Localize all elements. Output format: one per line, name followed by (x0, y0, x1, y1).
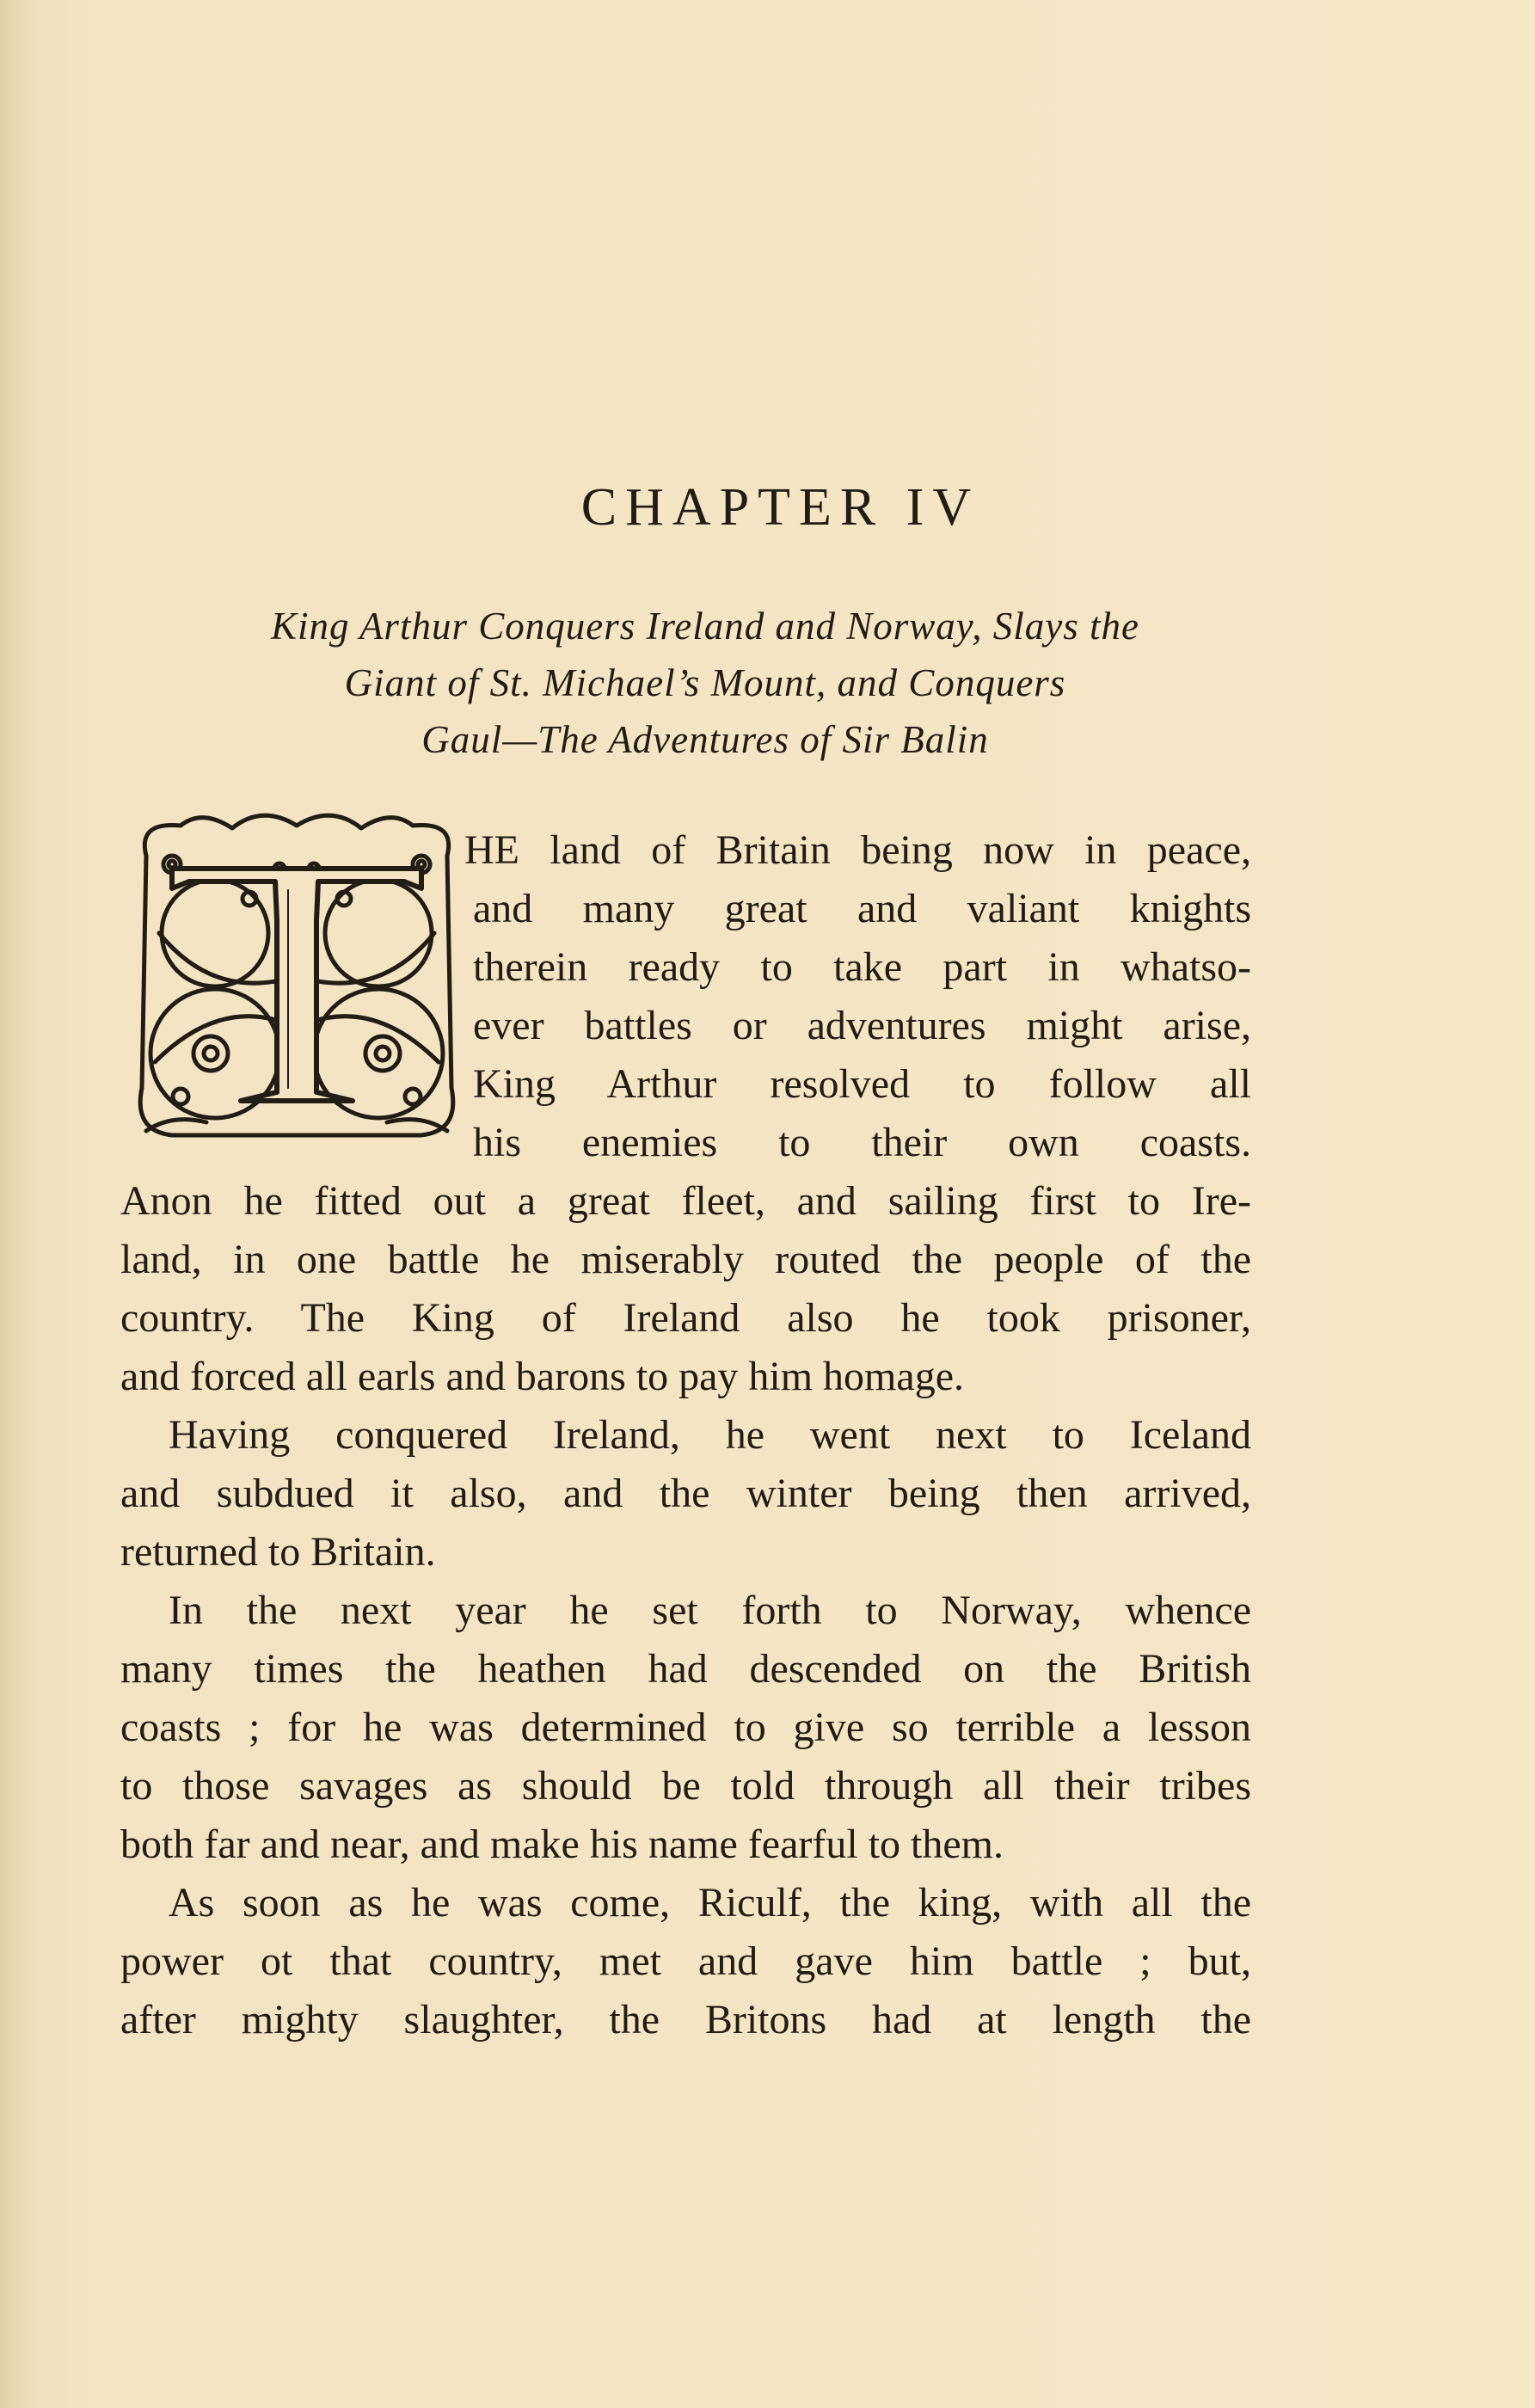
body-text: HE land of Britain being now in peace, a… (120, 821, 1251, 2049)
text-line: ever battles or adventures might arise, (473, 997, 1251, 1055)
text-line: to those savages as should be told throu… (120, 1757, 1251, 1815)
text-line: Having conquered Ireland, he went next t… (120, 1406, 1251, 1465)
chapter-heading: CHAPTER IV (0, 477, 1535, 537)
text-line: his enemies to their own coasts. (473, 1114, 1251, 1172)
text-line: land, in one battle he miserably routed … (120, 1231, 1251, 1289)
text-line: In the next year he set forth to Norway,… (120, 1582, 1251, 1640)
text-line: returned to Britain. (120, 1523, 1251, 1582)
text-line: and forced all earls and barons to pay h… (120, 1348, 1251, 1406)
text-line: power ot that country, met and gave him … (120, 1932, 1251, 1991)
paragraph: As soon as he was come, Riculf, the king… (120, 1874, 1251, 2049)
text-line: country. The King of Ireland also he too… (120, 1289, 1251, 1348)
text-line: coasts ; for he was determined to give s… (120, 1698, 1251, 1757)
book-page: CHAPTER IV King Arthur Conquers Ireland … (0, 0, 1535, 2408)
subtitle-line: Giant of St. Michael’s Mount, and Conque… (198, 654, 1213, 711)
paragraph: In the next year he set forth to Norway,… (120, 1582, 1251, 1874)
paragraph: HE land of Britain being now in peace, a… (120, 821, 1251, 1406)
text-line: after mighty slaughter, the Britons had … (120, 1991, 1251, 2049)
text-line: therein ready to take part in whatso- (473, 938, 1251, 997)
text-line: and subdued it also, and the winter bein… (120, 1465, 1251, 1523)
subtitle-line: King Arthur Conquers Ireland and Norway,… (198, 598, 1213, 654)
text-line: many times the heathen had descended on … (120, 1640, 1251, 1698)
text-line: both far and near, and make his name fea… (120, 1815, 1251, 1874)
text-line: HE land of Britain being now in peace, (464, 821, 1251, 880)
text-line: Anon he fitted out a great fleet, and sa… (120, 1172, 1251, 1231)
subtitle-line: Gaul—The Adventures of Sir Balin (198, 711, 1213, 768)
text-line: As soon as he was come, Riculf, the king… (120, 1874, 1251, 1932)
text-line: and many great and valiant knights (473, 880, 1251, 938)
paragraph: Having conquered Ireland, he went next t… (120, 1406, 1251, 1582)
chapter-subtitle: King Arthur Conquers Ireland and Norway,… (198, 598, 1213, 768)
text-line: King Arthur resolved to follow all (473, 1055, 1251, 1114)
